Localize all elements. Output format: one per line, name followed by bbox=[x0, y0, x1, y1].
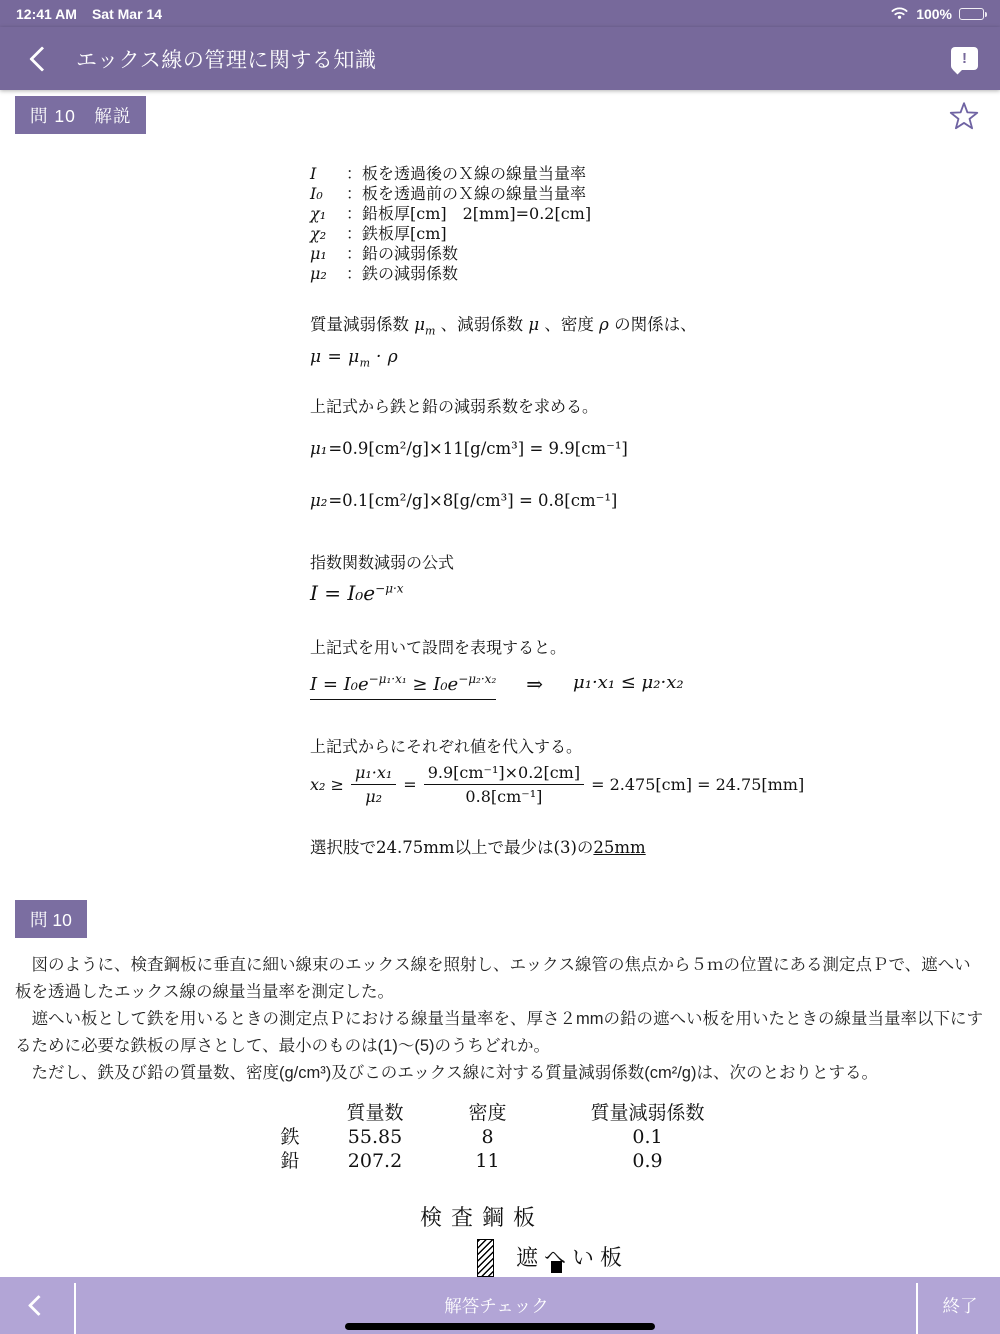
inequality-formula: I = I₀e−μ₁·x₁ ≥ I₀e−μ₂·x₂ ⇒ μ₁·x₁ ≤ μ₂·x… bbox=[310, 672, 804, 700]
answer-value: 25mm bbox=[593, 838, 645, 857]
question-block: 問 10 図のように、検査鋼板に垂直に細い線束のエックス線を照射し、エックス線管… bbox=[0, 900, 1000, 1293]
status-bar: 12:41 AM Sat Mar 14 100% bbox=[0, 0, 1000, 27]
table-header: 質量減弱係数 bbox=[540, 1101, 755, 1125]
shield-hatch-graphic bbox=[477, 1239, 494, 1277]
content-area: 問 10 解説 I ：板を透過後のＸ線の線量当量率 I₀ ：板を透過前のＸ線の線… bbox=[0, 90, 1000, 1334]
definition-row: I₀ ：板を透過前のＸ線の線量当量率 bbox=[310, 184, 804, 204]
table-cell: 0.9 bbox=[540, 1149, 755, 1173]
table-header: 質量数 bbox=[315, 1101, 435, 1125]
inequality-left: I = I₀e−μ₁·x₁ ≥ I₀e−μ₂·x₂ bbox=[310, 672, 496, 700]
table-cell: 11 bbox=[435, 1149, 540, 1173]
table-header: 密度 bbox=[435, 1101, 540, 1125]
table-cell: 0.1 bbox=[540, 1125, 755, 1149]
definition-term: I₀ bbox=[310, 184, 346, 204]
mu-rho-formula: μ = μm · ρ bbox=[310, 347, 804, 369]
definition-term: μ₂ bbox=[310, 264, 346, 284]
inequality-right: μ₁·x₁ ≤ μ₂·x₂ bbox=[573, 672, 684, 693]
definition-row: μ₂ ：鉄の減弱係数 bbox=[310, 264, 804, 284]
star-outline-icon bbox=[948, 100, 980, 132]
definition-term: μ₁ bbox=[310, 244, 346, 264]
nav-back-button[interactable] bbox=[22, 37, 62, 81]
explanation-block: I ：板を透過後のＸ線の線量当量率 I₀ ：板を透過前のＸ線の線量当量率 χ₁ … bbox=[310, 164, 804, 858]
status-time-date: 12:41 AM Sat Mar 14 bbox=[16, 6, 162, 22]
nav-bar: エックス線の管理に関する知識 ! bbox=[0, 27, 1000, 90]
table-row-label: 鉛 bbox=[265, 1149, 315, 1173]
exclamation-bubble-icon: ! bbox=[962, 50, 967, 67]
table-corner bbox=[265, 1101, 315, 1125]
mu1-equation: μ₁=0.9[cm²/g]×11[g/cm³] = 9.9[cm⁻¹] bbox=[310, 439, 804, 458]
apply-label: 上記式を用いて設問を表現すると。 bbox=[310, 635, 804, 658]
explanation-badge: 問 10 解説 bbox=[15, 96, 146, 134]
toolbar-divider bbox=[916, 1283, 918, 1334]
definition-row: χ₁ ：鉛板厚[cm] 2[mm]=0.2[cm] bbox=[310, 204, 804, 224]
figure-square-marker bbox=[551, 1261, 562, 1273]
chevron-left-icon bbox=[27, 1295, 48, 1316]
material-table: 質量数 密度 質量減弱係数 鉄 55.85 8 0.1 鉛 207.2 11 0… bbox=[265, 1101, 1000, 1173]
page-title: エックス線の管理に関する知識 bbox=[76, 44, 376, 74]
definition-row: μ₁ ：鉛の減弱係数 bbox=[310, 244, 804, 264]
status-date: Sat Mar 14 bbox=[92, 6, 162, 22]
definition-row: I ：板を透過後のＸ線の線量当量率 bbox=[310, 164, 804, 184]
bottom-back-button[interactable] bbox=[12, 1277, 64, 1334]
table-cell: 207.2 bbox=[315, 1149, 435, 1173]
question-paragraph: ただし、鉄及び鉛の質量数、密度(g/cm³)及びこのエックス線に対する質量減弱係… bbox=[15, 1060, 985, 1087]
definition-desc: ：鉄の減弱係数 bbox=[346, 264, 458, 284]
fraction-numeric: 9.9[cm⁻¹]×0.2[cm] 0.8[cm⁻¹] bbox=[424, 763, 584, 806]
definition-desc: ：鉛板厚[cm] 2[mm]=0.2[cm] bbox=[346, 204, 591, 224]
favorite-star-button[interactable] bbox=[948, 100, 980, 132]
definition-desc: ：鉄板厚[cm] bbox=[346, 224, 447, 244]
status-indicators: 100% bbox=[890, 5, 984, 23]
figure-shield-label: 遮へい板 bbox=[516, 1241, 628, 1272]
report-button[interactable]: ! bbox=[951, 47, 978, 70]
implies-arrow: ⇒ bbox=[526, 672, 543, 696]
chevron-left-icon bbox=[29, 46, 54, 71]
mu2-equation: μ₂=0.1[cm²/g]×8[g/cm³] = 0.8[cm⁻¹] bbox=[310, 491, 804, 510]
substitute-label: 上記式からにそれぞれ値を代入する。 bbox=[310, 734, 804, 757]
definition-desc: ：板を透過前のＸ線の線量当量率 bbox=[346, 184, 586, 204]
derive-label: 上記式から鉄と鉛の減弱系数を求める。 bbox=[310, 394, 804, 417]
figure-steel-plate-label: 検査鋼板 bbox=[420, 1201, 544, 1232]
definition-term: χ₁ bbox=[310, 204, 346, 224]
table-cell: 8 bbox=[435, 1125, 540, 1149]
definition-desc: ：鉛の減弱係数 bbox=[346, 244, 458, 264]
definition-term: I bbox=[310, 164, 346, 184]
mass-attenuation-relation-text: 質量減弱係数 μm 、減弱係数 μ 、密度 ρ の関係は、 bbox=[310, 311, 804, 337]
question-paragraph: 図のように、検査鋼板に垂直に細い線束のエックス線を照射し、エックス線管の焦点から… bbox=[15, 952, 985, 1006]
exponential-law-formula: I = I₀e−μ·x bbox=[310, 581, 804, 605]
solution-equation: x₂ ≥ μ₁·x₁ μ₂ = 9.9[cm⁻¹]×0.2[cm] 0.8[cm… bbox=[310, 763, 804, 806]
question-text: 図のように、検査鋼板に垂直に細い線束のエックス線を照射し、エックス線管の焦点から… bbox=[15, 952, 985, 1087]
fraction-symbolic: μ₁·x₁ μ₂ bbox=[351, 763, 396, 806]
battery-percent: 100% bbox=[916, 6, 952, 22]
table-row-label: 鉄 bbox=[265, 1125, 315, 1149]
wifi-icon bbox=[890, 5, 909, 23]
question-badge: 問 10 bbox=[15, 900, 87, 938]
status-time: 12:41 AM bbox=[16, 6, 77, 22]
definition-term: χ₂ bbox=[310, 224, 346, 244]
exponential-law-label: 指数関数減弱の公式 bbox=[310, 550, 804, 573]
battery-icon bbox=[959, 8, 984, 20]
home-indicator[interactable] bbox=[345, 1323, 655, 1330]
conclusion-text: 選択肢で24.75mm以上で最少は(3)の25mm bbox=[310, 834, 804, 858]
definition-row: χ₂ ：鉄板厚[cm] bbox=[310, 224, 804, 244]
definition-desc: ：板を透過後のＸ線の線量当量率 bbox=[346, 164, 586, 184]
exit-button[interactable]: 終了 bbox=[920, 1277, 1000, 1334]
question-paragraph: 遮へい板として鉄を用いるときの測定点Ｐにおける線量当量率を、厚さ２mmの鉛の遮へ… bbox=[15, 1006, 985, 1060]
table-cell: 55.85 bbox=[315, 1125, 435, 1149]
